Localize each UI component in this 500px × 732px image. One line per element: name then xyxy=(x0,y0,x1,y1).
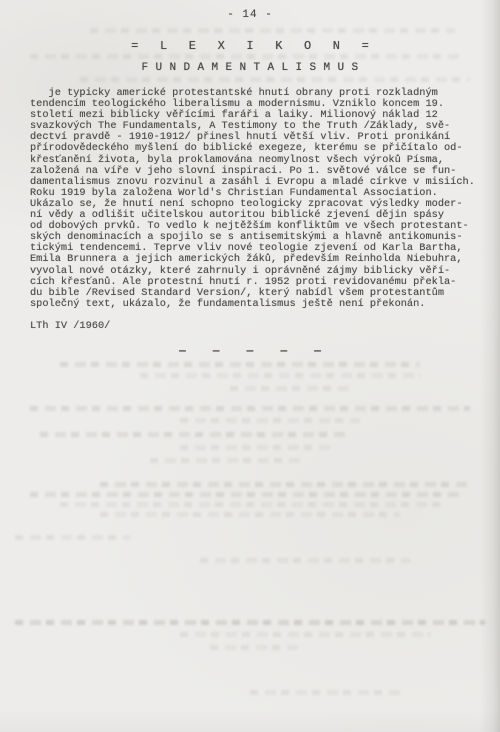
bleedthrough-line xyxy=(30,492,460,497)
bleedthrough-line xyxy=(100,482,470,487)
bleedthrough-line xyxy=(60,502,440,507)
bleedthrough-line xyxy=(210,645,300,650)
bleedthrough-line xyxy=(80,77,470,82)
bleedthrough-line xyxy=(30,54,460,59)
bleedthrough-line xyxy=(150,458,300,463)
end-divider: — — — — — xyxy=(0,346,500,358)
source-citation: LTh IV /1960/ xyxy=(30,320,110,332)
bleedthrough-line xyxy=(180,632,430,637)
bleedthrough-line xyxy=(90,28,455,33)
text-line: Emila Brunnera a jejich amerických žáků,… xyxy=(30,254,492,265)
section-heading: = L E X I K O N = xyxy=(0,39,500,53)
bleedthrough-line xyxy=(40,432,350,437)
document-page: - 14 - = L E X I K O N = F U N D A M E N… xyxy=(0,0,500,732)
body-text: je typicky americké protestantské hnutí … xyxy=(30,88,492,310)
text-line: společný text, ukázalo, že fundamentalis… xyxy=(30,299,492,310)
bleedthrough-line xyxy=(15,620,485,625)
text-line: přírodovědeckého myšlení do biblické exe… xyxy=(30,143,492,154)
bleedthrough-line xyxy=(180,418,360,423)
bleedthrough-line xyxy=(200,558,410,563)
bleedthrough-line xyxy=(180,445,330,450)
page-number: - 14 - xyxy=(0,9,500,21)
text-line: vyvolal nové otázky, které zahrnuly i op… xyxy=(30,266,492,277)
bleedthrough-line xyxy=(15,535,130,540)
article-title: F U N D A M E N T A L I S M U S xyxy=(0,62,500,74)
bleedthrough-line xyxy=(250,690,400,695)
bleedthrough-line xyxy=(100,512,400,517)
bleedthrough-line xyxy=(140,373,420,378)
bleedthrough-line xyxy=(30,406,470,411)
bleedthrough-line xyxy=(230,386,350,391)
text-line: křesťanění života, byla proklamována neo… xyxy=(30,155,492,166)
bleedthrough-line xyxy=(60,362,420,367)
